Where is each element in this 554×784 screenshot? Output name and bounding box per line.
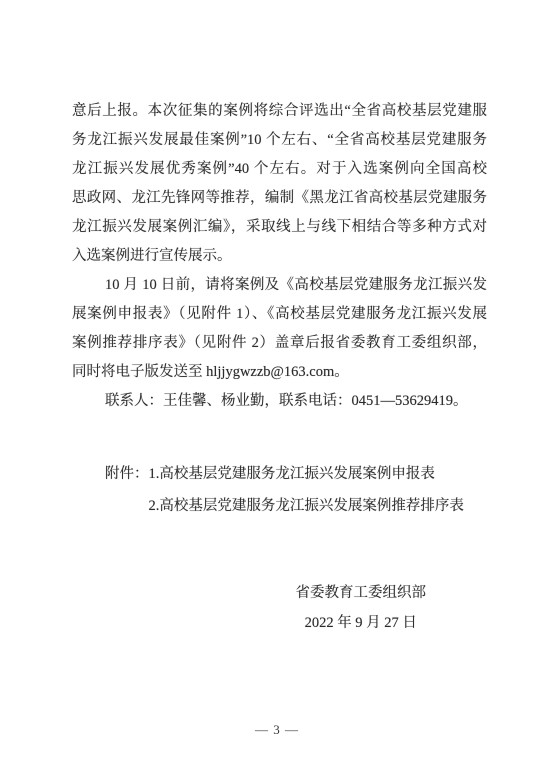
body-line: 同时将电子版发送至 hljjygwzzb@163.com。 [72,358,487,387]
body-line: 意后上报。本次征集的案例将综合评选出“全省高校基层党建服 [72,97,487,126]
contact-line: 联系人：王佳馨、杨业勤，联系电话：0451—53629419。 [72,387,487,416]
body-line: 龙江振兴发展优秀案例”40 个左右。对于入选案例向全国高校 [72,155,487,184]
signature-organization: 省委教育工委组织部 [296,578,427,608]
body-line: 思政网、龙江先锋网等推荐，编制《黑龙江省高校基层党建服务 [72,184,487,213]
attachment-item: 1.高校基层党建服务龙江振兴发展案例申报表 [149,458,464,490]
page-number: — 3 — [255,722,299,737]
document-body: 意后上报。本次征集的案例将综合评选出“全省高校基层党建服 务龙江振兴发展最佳案例… [72,97,487,416]
attachment-item: 2.高校基层党建服务龙江振兴发展案例推荐排序表 [149,490,464,522]
attachments-section: 附件： 1.高校基层党建服务龙江振兴发展案例申报表 2.高校基层党建服务龙江振兴… [105,458,464,522]
body-line: 案例推荐排序表》（见附件 2）盖章后报省委教育工委组织部， [72,329,487,358]
attachments-label: 附件： [105,458,149,490]
signature-block: 省委教育工委组织部 2022 年 9 月 27 日 [296,578,427,638]
body-line: 龙江振兴发展案例汇编》，采取线上与线下相结合等多种方式对 [72,213,487,242]
body-line: 10 月 10 日前，请将案例及《高校基层党建服务龙江振兴发 [72,271,487,300]
page-footer: — 3 — [0,718,554,742]
document-page: 意后上报。本次征集的案例将综合评选出“全省高校基层党建服 务龙江振兴发展最佳案例… [0,0,554,784]
body-line: 展案例申报表》（见附件 1）、《高校基层党建服务龙江振兴发展 [72,300,487,329]
signature-date: 2022 年 9 月 27 日 [296,608,427,638]
attachments-list: 1.高校基层党建服务龙江振兴发展案例申报表 2.高校基层党建服务龙江振兴发展案例… [149,458,464,522]
body-line: 入选案例进行宣传展示。 [72,242,487,271]
body-line: 务龙江振兴发展最佳案例”10 个左右、“全省高校基层党建服务 [72,126,487,155]
